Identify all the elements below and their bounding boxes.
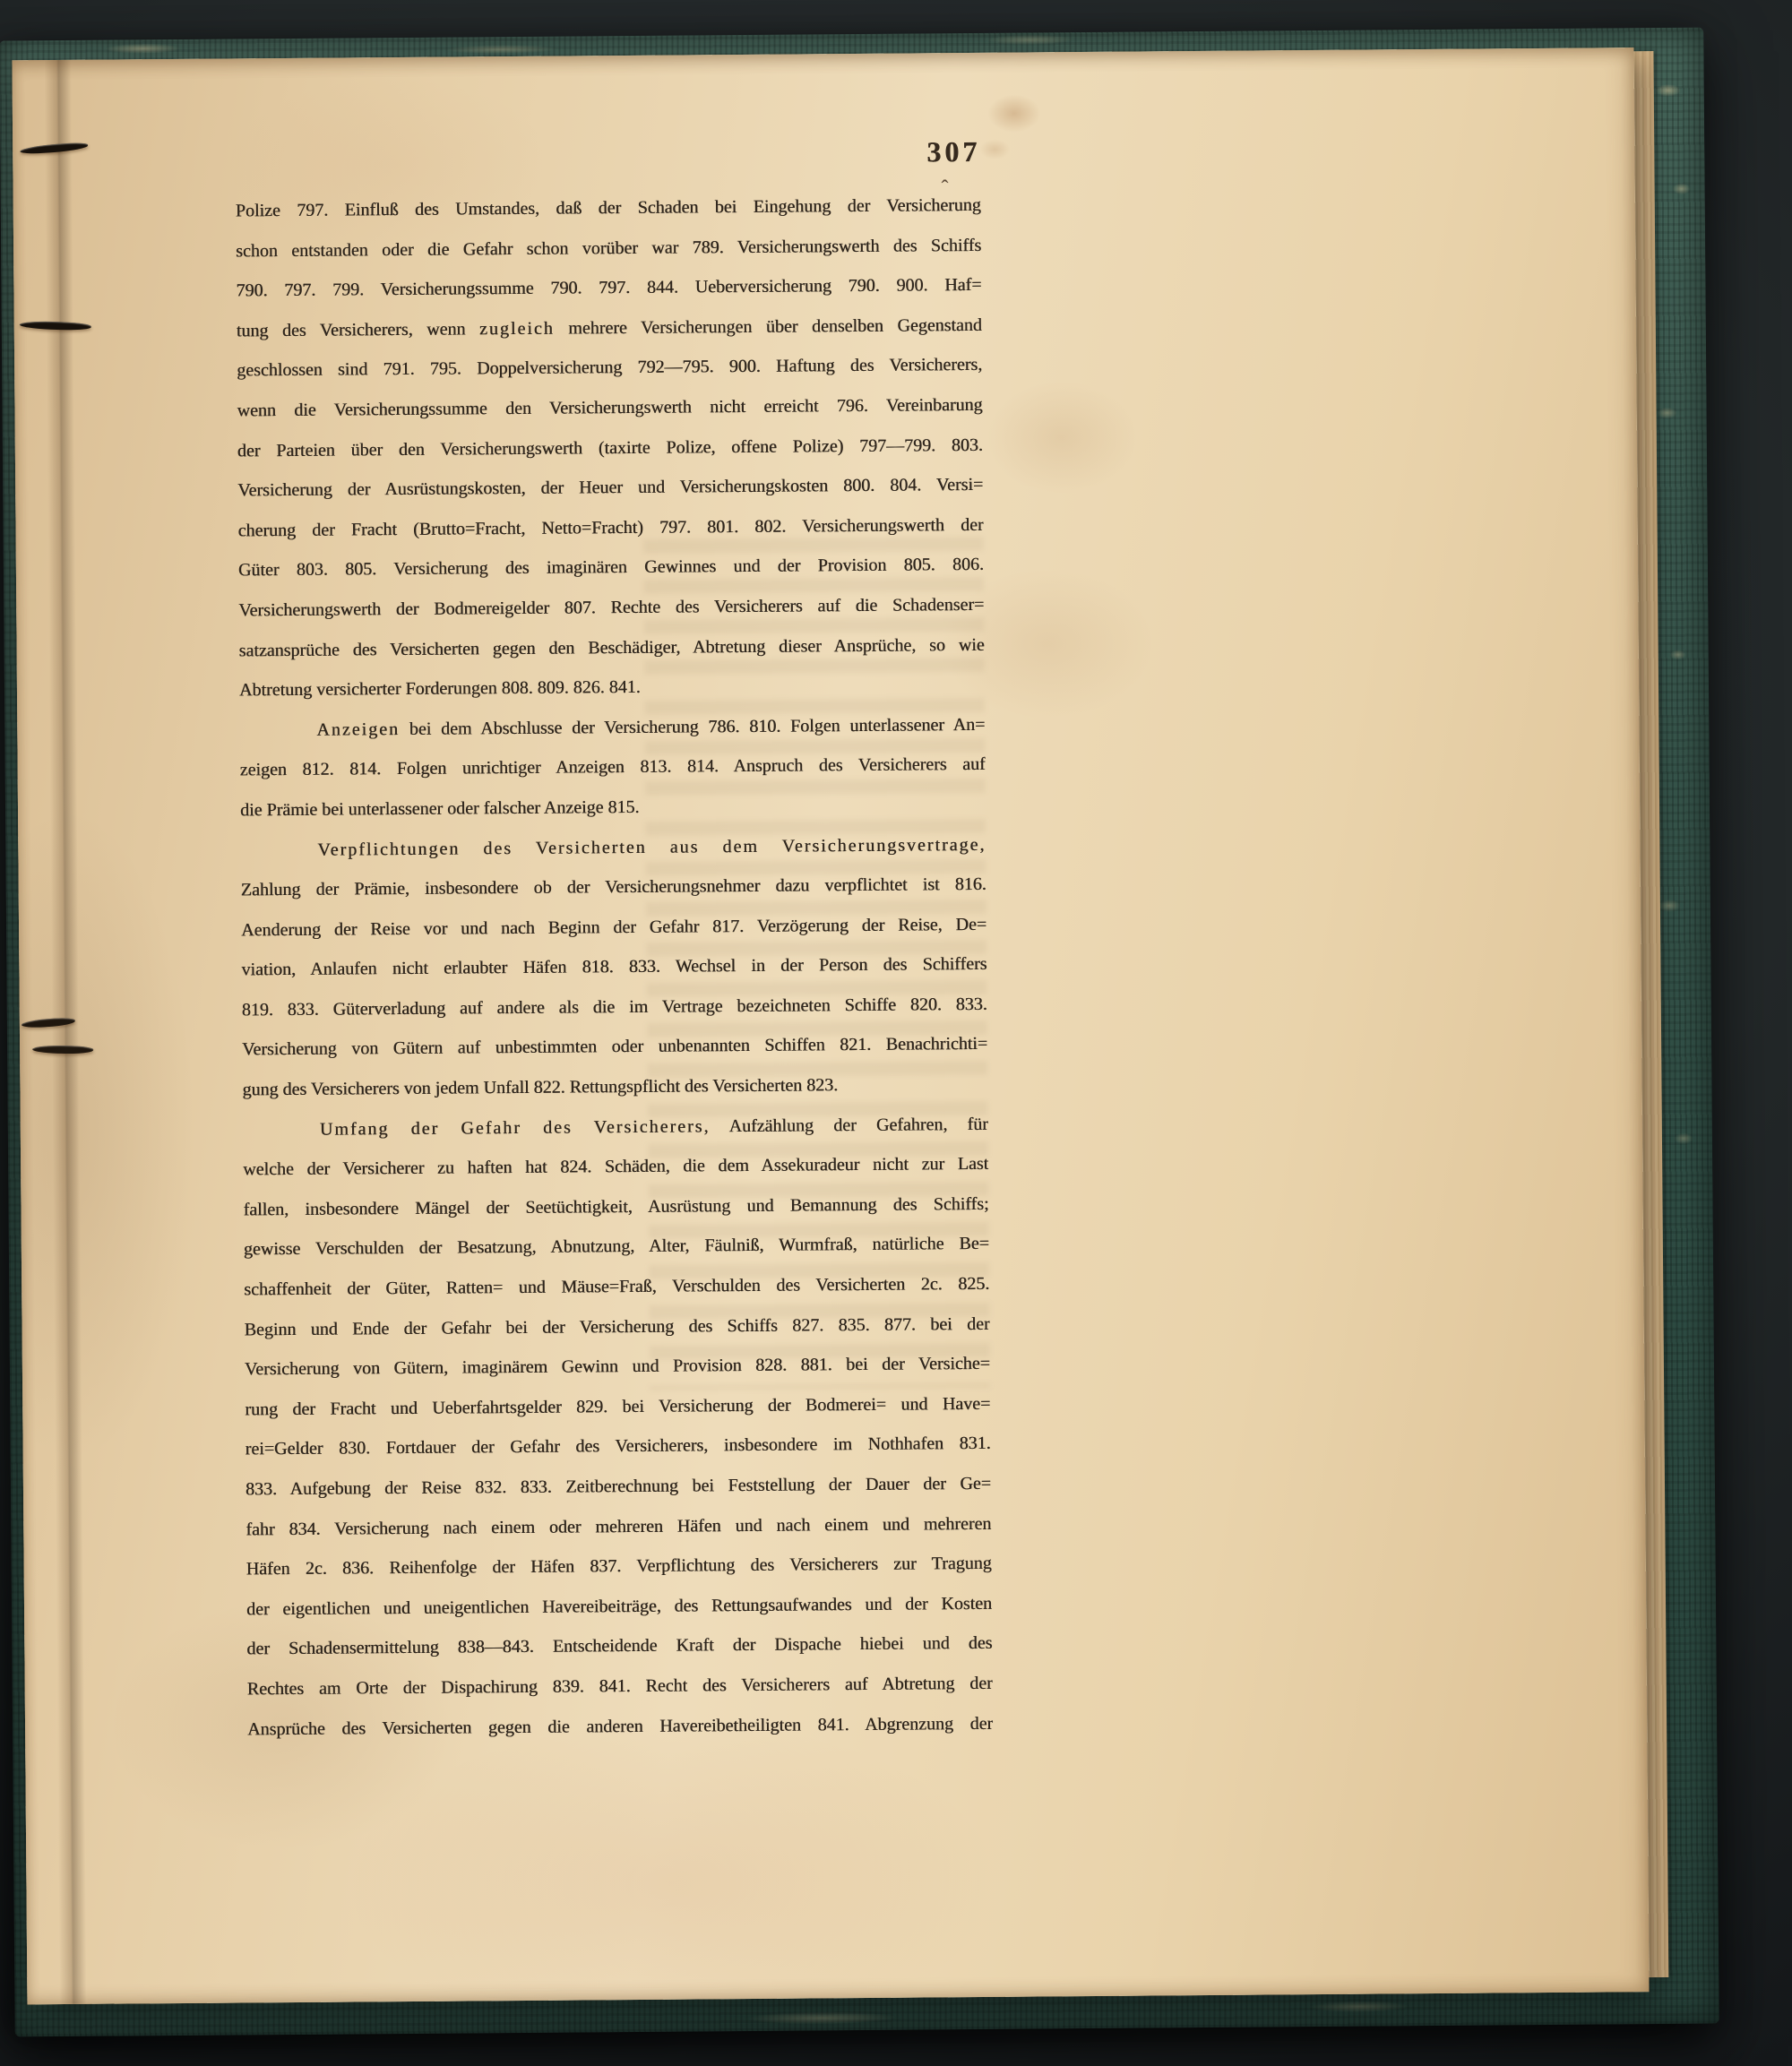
text-segment: zeigen 812. 814. Folgen unrichtiger Anze… [240, 754, 986, 780]
text-segment: tung des Versicherers, wenn [237, 319, 479, 340]
text-segment: Aufzählung der Gefahren, für [710, 1115, 988, 1136]
text-segment: 790. 797. 799. Versicherungssumme 790. 7… [236, 275, 981, 301]
text-line: geschlossen sind 791. 795. Doppelversich… [237, 345, 982, 391]
text-line: gewisse Verschulden der Besatzung, Abnut… [244, 1224, 989, 1270]
text-segment: Aenderung der Reise vor und nach Beginn … [241, 915, 986, 941]
text-segment: fahr 834. Versicherung nach einem oder m… [246, 1513, 991, 1539]
text-line: 833. Aufgebung der Reise 832. 833. Zeitb… [246, 1464, 991, 1510]
text-segment: 819. 833. Güterverladung auf andere als … [242, 994, 987, 1020]
paper-page: 307 ˆ Polize 797. Einfluß des Umstandes,… [12, 47, 1649, 2004]
text-segment: der Schadensermittelung 838—843. Entsche… [246, 1633, 992, 1659]
text-segment: rung der Fracht und Ueberfahrtsgelder 82… [245, 1394, 990, 1420]
text-segment: gewisse Verschulden der Besatzung, Abnut… [244, 1234, 989, 1260]
stitch-mark [32, 1045, 93, 1055]
gesperrt-segment: Anzeigen [316, 719, 400, 740]
text-line: Verpflichtungen des Versicherten aus dem… [240, 824, 986, 870]
text-line: Anzeigen bei dem Abschlusse der Versiche… [239, 705, 985, 751]
text-line: fallen, insbesondere Mängel der Seetücht… [243, 1184, 988, 1230]
text-line: der eigentlichen und uneigentlichen Have… [246, 1584, 992, 1630]
text-segment: Versicherung von Gütern auf unbestimmten… [242, 1034, 987, 1060]
text-segment: cherung der Fracht (Brutto=Fracht, Netto… [237, 515, 983, 541]
text-segment: welche der Versicherer zu haften hat 824… [243, 1154, 988, 1180]
text-segment: Häfen 2c. 836. Reihenfolge der Häfen 837… [246, 1554, 992, 1580]
text-block: Polize 797. Einfluß des Umstandes, daß d… [236, 185, 994, 1750]
text-line: schon entstanden oder die Gefahr schon v… [236, 225, 981, 271]
text-segment: satzansprüche des Versicherten gegen den… [239, 634, 985, 660]
text-segment: schon entstanden oder die Gefahr schon v… [236, 235, 981, 261]
text-line: Versicherungswerth der Bodmereigelder 80… [238, 585, 984, 631]
text-segment: geschlossen sind 791. 795. Doppelversich… [237, 355, 982, 381]
text-line: 790. 797. 799. Versicherungssumme 790. 7… [236, 265, 981, 311]
text-segment: rei=Gelder 830. Fortdauer der Gefahr des… [246, 1433, 991, 1459]
text-segment: der Parteien über den Versicherungswerth… [237, 435, 983, 461]
text-line: rung der Fracht und Ueberfahrtsgelder 82… [245, 1384, 990, 1430]
text-line: der Parteien über den Versicherungswerth… [237, 425, 983, 470]
text-line: Versicherung von Gütern, imaginärem Gewi… [245, 1344, 990, 1390]
stitch-mark [20, 320, 91, 331]
scan-background: { "page": { "number": "307", "number_mar… [0, 0, 1792, 2066]
text-line: Zahlung der Prämie, insbesondere ob der … [241, 865, 986, 910]
text-segment: bei dem Abschlusse der Versicherung 786.… [400, 715, 986, 739]
text-segment: Polize 797. Einfluß des Umstandes, daß d… [236, 195, 981, 221]
text-segment: mehrere Versicherungen über denselben Ge… [555, 315, 982, 339]
gesperrt-segment: Verpflichtungen des Versicherten aus dem… [317, 834, 986, 859]
text-line: Ansprüche des Versicherten gegen die and… [247, 1703, 993, 1749]
text-line: cherung der Fracht (Brutto=Fracht, Netto… [237, 505, 983, 551]
text-line: satzansprüche des Versicherten gegen den… [238, 624, 984, 670]
text-segment: gung des Versicherers von jedem Unfall 8… [242, 1075, 838, 1099]
text-line: Rechtes am Orte der Dispachirung 839. 84… [247, 1664, 993, 1709]
text-segment: Güter 803. 805. Versicherung des imaginä… [238, 555, 984, 581]
text-line: wenn die Versicherungssumme den Versiche… [237, 385, 982, 431]
text-line: tung des Versicherers, wenn zugleich meh… [237, 306, 982, 351]
text-segment: die Prämie bei unterlassener oder falsch… [240, 797, 640, 820]
text-segment: Zahlung der Prämie, insbesondere ob der … [241, 874, 986, 900]
text-line: Beginn und Ende der Gefahr bei der Versi… [244, 1304, 989, 1349]
text-segment: Versicherung der Ausrüstungskosten, der … [237, 475, 983, 501]
text-line: schaffenheit der Güter, Ratten= und Mäus… [244, 1264, 989, 1310]
text-segment: fallen, insbesondere Mängel der Seetücht… [243, 1194, 988, 1220]
text-line: fahr 834. Versicherung nach einem oder m… [246, 1503, 991, 1549]
text-segment: Abtretung versicherter Forderungen 808. … [239, 677, 641, 701]
text-segment: Rechtes am Orte der Dispachirung 839. 84… [247, 1674, 993, 1700]
gesperrt-segment: Umfang der Gefahr des Versicherers, [320, 1116, 711, 1139]
text-line: zeigen 812. 814. Folgen unrichtiger Anze… [240, 745, 986, 790]
text-segment: Beginn und Ende der Gefahr bei der Versi… [245, 1313, 990, 1339]
text-line: der Schadensermittelung 838—843. Entsche… [246, 1623, 992, 1669]
text-line: 819. 833. Güterverladung auf andere als … [242, 985, 987, 1030]
text-line: rei=Gelder 830. Fortdauer der Gefahr des… [245, 1424, 990, 1469]
text-segment: viation, Anlaufen nicht erlaubter Häfen … [241, 954, 986, 980]
gesperrt-segment: zugleich [479, 318, 555, 339]
text-segment: Ansprüche des Versicherten gegen die and… [247, 1713, 993, 1739]
text-line: Häfen 2c. 836. Reihenfolge der Häfen 837… [246, 1544, 992, 1589]
text-line: Polize 797. Einfluß des Umstandes, daß d… [236, 185, 981, 231]
page-number: 307 [235, 135, 980, 175]
text-segment: schaffenheit der Güter, Ratten= und Mäus… [244, 1274, 989, 1300]
text-segment: Versicherungswerth der Bodmereigelder 80… [238, 595, 984, 621]
text-line: Abtretung versicherter Forderungen 808. … [239, 665, 985, 710]
text-line: Aenderung der Reise vor und nach Beginn … [241, 905, 986, 951]
text-line: Umfang der Gefahr des Versicherers, Aufz… [243, 1105, 988, 1150]
text-line: Versicherung der Ausrüstungskosten, der … [237, 465, 983, 511]
text-line: die Prämie bei unterlassener oder falsch… [240, 785, 986, 831]
text-line: viation, Anlaufen nicht erlaubter Häfen … [241, 944, 986, 990]
text-segment: wenn die Versicherungssumme den Versiche… [237, 395, 982, 421]
book: 307 ˆ Polize 797. Einfluß des Umstandes,… [0, 28, 1719, 2037]
binding-crease [44, 60, 86, 2004]
text-line: Güter 803. 805. Versicherung des imaginä… [238, 545, 984, 590]
text-segment: der eigentlichen und uneigentlichen Have… [246, 1594, 992, 1620]
text-line: gung des Versicherers von jedem Unfall 8… [242, 1064, 987, 1110]
text-line: welche der Versicherer zu haften hat 824… [243, 1144, 988, 1190]
text-line: Versicherung von Gütern auf unbestimmten… [242, 1024, 987, 1070]
text-segment: Versicherung von Gütern, imaginärem Gewi… [245, 1354, 990, 1380]
text-segment: 833. Aufgebung der Reise 832. 833. Zeitb… [246, 1474, 991, 1500]
